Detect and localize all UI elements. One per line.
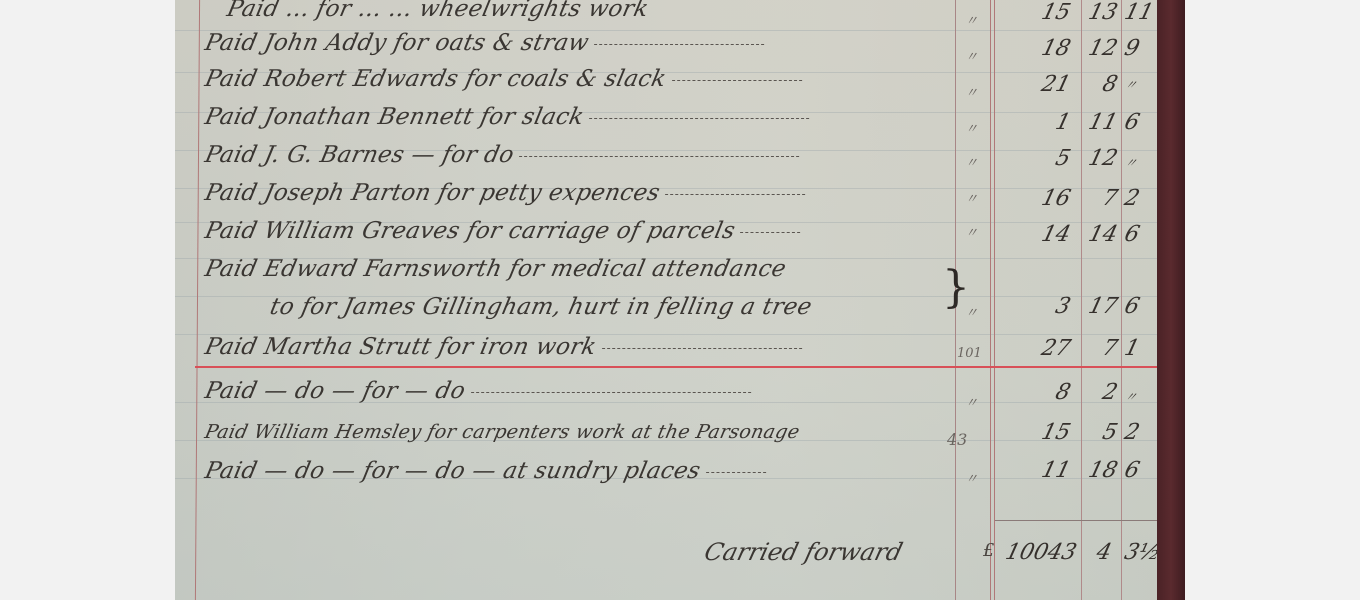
folio-ref: 〃 — [965, 468, 978, 487]
leader-dashes — [519, 156, 799, 157]
pence-column-rule — [1121, 0, 1122, 600]
folio-ref: 〃 — [965, 82, 978, 101]
ledger-entry: Paid Edward Farnsworth for medical atten… — [202, 256, 789, 286]
amount-shillings: 7 — [1078, 336, 1120, 361]
folio-ref: 〃 — [965, 152, 978, 171]
ledger-entry: to for James Gillingham, hurt in felling… — [267, 294, 814, 324]
ledger-entry: Paid Martha Strutt for iron work — [202, 334, 805, 364]
total-shillings: 4 — [1078, 540, 1114, 565]
amount-pounds: 11 — [1022, 458, 1073, 483]
leader-dashes — [589, 118, 809, 119]
amount-pounds: 8 — [1022, 380, 1073, 405]
leader-dashes — [706, 472, 766, 473]
pounds-column-rule-left — [990, 0, 991, 600]
entry-text: Paid Jonathan Bennett for slack — [203, 104, 587, 130]
amount-pounds: 3 — [1022, 294, 1073, 319]
ledger-entry: Paid — do — for — do — at sundry places — [202, 458, 769, 488]
entry-text: Paid — do — for — do — at sundry places — [203, 458, 703, 484]
entry-text: Paid ... for ... ... wheelwrights work — [225, 0, 651, 22]
amount-pounds: 5 — [1022, 146, 1073, 171]
ledger-entry: Paid ... for ... ... wheelwrights work — [224, 0, 651, 26]
entry-text: Paid William Greaves for carriage of par… — [203, 218, 738, 244]
entry-text: Paid Edward Farnsworth for medical atten… — [203, 256, 789, 282]
amount-pence: 11 — [1122, 0, 1150, 25]
amount-pounds: 14 — [1022, 222, 1073, 247]
book-binding — [1157, 0, 1185, 600]
total-rule — [995, 520, 1175, 521]
pound-sign: £ — [983, 540, 994, 561]
entry-text: Paid Robert Edwards for coals & slack — [203, 66, 669, 92]
amount-pounds: 27 — [1022, 336, 1073, 361]
amount-shillings: 11 — [1078, 110, 1120, 135]
entry-text: to for James Gillingham, hurt in felling… — [268, 294, 815, 320]
carried-forward-label: Carried forward — [702, 538, 906, 566]
amount-pence: 6 — [1122, 294, 1150, 319]
amount-shillings: 5 — [1078, 420, 1120, 445]
amount-shillings: 2 — [1078, 380, 1120, 405]
ledger-page-photo: Paid ... for ... ... wheelwrights work P… — [175, 0, 1185, 600]
ledger-entry: Paid William Hemsley for carpenters work… — [202, 418, 803, 448]
amount-shillings: 12 — [1078, 146, 1120, 171]
entry-text: Paid Martha Strutt for iron work — [203, 334, 599, 360]
ledger-entry: Paid Robert Edwards for coals & slack — [202, 66, 805, 96]
leader-dashes — [594, 44, 764, 45]
leader-dashes — [602, 348, 802, 349]
red-ruled-line — [195, 366, 1185, 368]
amount-pence: 〃 — [1123, 154, 1149, 171]
ledger-entry: Paid John Addy for oats & straw — [202, 30, 767, 60]
amount-shillings: 14 — [1078, 222, 1120, 247]
amount-pounds: 16 — [1022, 186, 1073, 211]
ledger-entry: Paid William Greaves for carriage of par… — [202, 218, 804, 248]
ledger-entry: Paid J. G. Barnes — for do — [202, 142, 803, 172]
entry-text: Paid — do — for — do — [203, 378, 468, 404]
folio-ref: 101 — [957, 346, 982, 361]
amount-shillings: 18 — [1078, 458, 1120, 483]
folio-ref: 〃 — [965, 222, 978, 241]
amount-pence: 6 — [1122, 458, 1150, 483]
folio-ref: 43 — [947, 430, 967, 449]
amount-pence: 1 — [1122, 336, 1150, 361]
amount-pence: 9 — [1122, 36, 1150, 61]
amount-pounds: 18 — [1022, 36, 1073, 61]
ledger-entry: Paid Jonathan Bennett for slack — [202, 104, 813, 134]
amount-shillings: 7 — [1078, 186, 1120, 211]
entry-text: Paid John Addy for oats & straw — [203, 30, 592, 56]
leader-dashes — [672, 80, 802, 81]
entry-text: Paid Joseph Parton for petty expences — [203, 180, 663, 206]
folio-ref: 〃 — [965, 118, 978, 137]
total-pounds: 10043 — [997, 540, 1079, 565]
amount-pence: 2 — [1122, 420, 1150, 445]
entry-text: Paid William Hemsley for carpenters work… — [203, 421, 802, 443]
amount-pence: 〃 — [1123, 388, 1149, 405]
leader-dashes — [740, 232, 800, 233]
amount-pence: 〃 — [1123, 76, 1149, 93]
amount-shillings: 17 — [1078, 294, 1120, 319]
folio-ref: 〃 — [965, 46, 978, 65]
amount-pounds: 1 — [1022, 110, 1073, 135]
folio-ref: 〃 — [965, 302, 978, 321]
amount-shillings: 13 — [1078, 0, 1120, 25]
folio-ref: 〃 — [965, 188, 978, 207]
amount-pence: 2 — [1122, 186, 1150, 211]
amount-pounds: 15 — [1022, 0, 1073, 25]
folio-ref: 〃 — [965, 392, 978, 411]
amount-pence: 6 — [1122, 222, 1150, 247]
ledger-entry: Paid Joseph Parton for petty expences — [202, 180, 809, 210]
entry-text: Paid J. G. Barnes — for do — [203, 142, 517, 168]
amount-shillings: 8 — [1078, 72, 1120, 97]
ledger-entry: Paid — do — for — do — [202, 378, 754, 408]
amount-pence: 6 — [1122, 110, 1150, 135]
left-margin-rule — [195, 0, 200, 600]
folio-ref: 〃 — [965, 10, 978, 29]
amount-pounds: 15 — [1022, 420, 1073, 445]
pounds-column-rule-left-double — [994, 0, 995, 600]
amount-shillings: 12 — [1078, 36, 1120, 61]
leader-dashes — [471, 392, 751, 393]
leader-dashes — [665, 194, 805, 195]
amount-pounds: 21 — [1022, 72, 1073, 97]
